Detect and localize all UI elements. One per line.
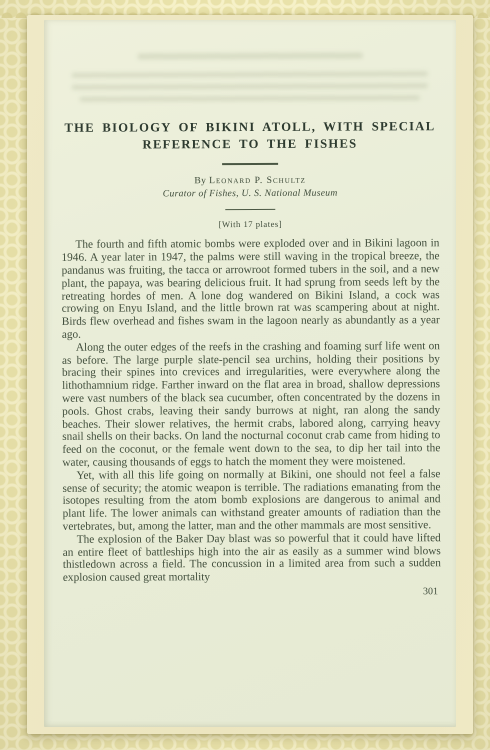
paragraph: Yet, with all this life going on normall… <box>62 468 440 534</box>
article-body: The fourth and fifth atomic bombs were e… <box>61 238 441 585</box>
article-title-line1: THE BIOLOGY OF BIKINI ATOLL, WITH SPECIA… <box>61 118 439 136</box>
paragraph: The fourth and fifth atomic bombs were e… <box>61 238 439 342</box>
divider-rule <box>225 209 275 211</box>
book-photo: THE BIOLOGY OF BIKINI ATOLL, WITH SPECIA… <box>0 0 490 750</box>
plates-note: [With 17 plates] <box>61 219 439 231</box>
divider-rule <box>222 163 278 165</box>
show-through-text-line <box>72 71 428 78</box>
show-through-text-line <box>72 83 428 90</box>
author-name: Leonard P. Schultz <box>209 175 306 186</box>
article-title: THE BIOLOGY OF BIKINI ATOLL, WITH SPECIA… <box>61 118 439 153</box>
page-number: 301 <box>63 586 441 599</box>
byline-prefix: By <box>194 175 209 186</box>
byline: By Leonard P. Schultz <box>61 174 439 187</box>
article-title-line2: REFERENCE TO THE FISHES <box>61 135 439 153</box>
paragraph: The explosion of the Baker Day blast was… <box>63 532 441 585</box>
author-affiliation: Curator of Fishes, U. S. National Museum <box>61 187 439 200</box>
show-through-text-line <box>80 95 420 101</box>
paper-page: THE BIOLOGY OF BIKINI ATOLL, WITH SPECIA… <box>44 20 456 727</box>
paragraph: Along the outer edges of the reefs in th… <box>62 340 441 470</box>
show-through-header-line <box>137 53 362 60</box>
page-content: THE BIOLOGY OF BIKINI ATOLL, WITH SPECIA… <box>42 19 457 728</box>
